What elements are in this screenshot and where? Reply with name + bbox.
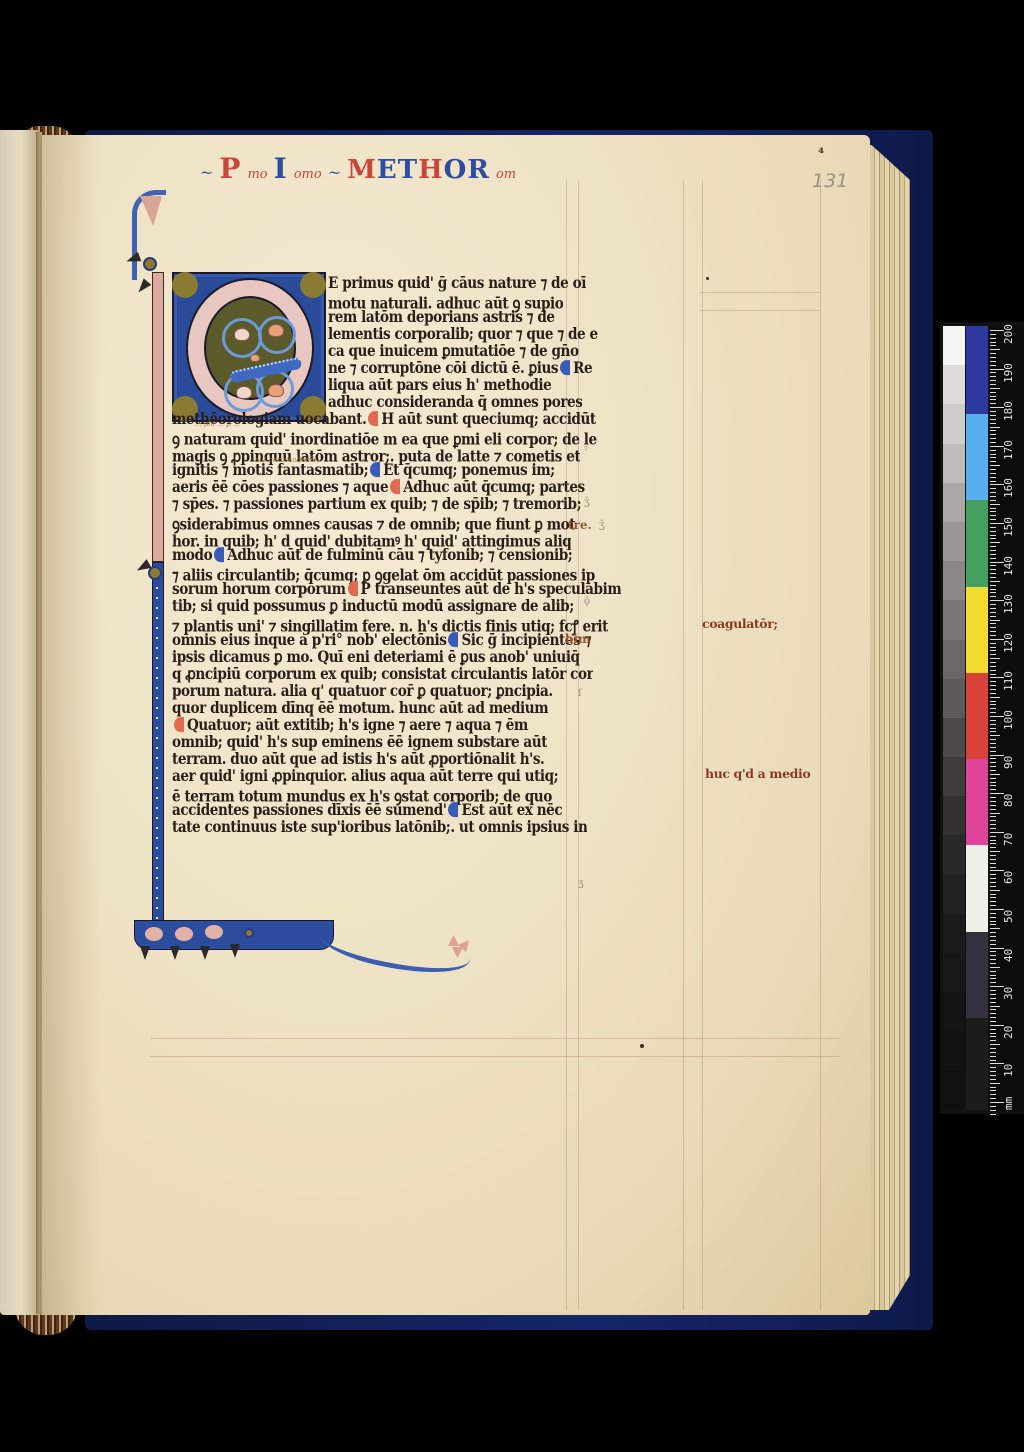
folio-number: 131: [812, 170, 848, 192]
ruler-tick: [990, 874, 996, 875]
ruler-tick: [990, 565, 996, 566]
text-line: ne ⁊ corruptōne cōi dictū ē. ꝑiusRe: [328, 359, 592, 377]
ruler-tick: [990, 990, 996, 991]
initial-stem-blue: [152, 562, 164, 922]
ruler-tick: [990, 840, 996, 841]
ruler-tick: [990, 477, 996, 478]
ruler-tick: [990, 751, 996, 752]
ruler-tick: [990, 643, 996, 644]
ruler-tick: [990, 828, 996, 829]
title-letter-i: I: [274, 152, 288, 185]
color-calibration-scale: 2001901801701601501401301201101009080706…: [940, 322, 1024, 1114]
color-patch-magenta: [966, 759, 988, 845]
text-line: aer quid' igni ꝓpinquior. alius aqua aūt…: [172, 767, 558, 785]
ruler-tick: [990, 944, 996, 945]
ruler-tick: [990, 345, 996, 346]
ruler-tick: [990, 813, 1000, 814]
ruler-tick: [990, 936, 996, 937]
ruler-tick: [990, 616, 996, 617]
ruler-label: 180: [1002, 401, 1015, 421]
ruler-tick: [990, 863, 996, 864]
ruler-tick: [990, 1079, 996, 1080]
gray-patch: [943, 796, 965, 835]
gray-patch: [943, 561, 965, 600]
text-line: adhuc consideranda q̄ omnes pores: [328, 393, 582, 411]
ruler-tick: [990, 365, 996, 366]
facing-leaf: [0, 130, 38, 1315]
text-line: q ꝓncipiū corporum ex quib; consistat ci…: [172, 665, 593, 683]
interlinear-gloss: ... phi ... ꝑ ...: [195, 420, 240, 428]
ruler-tick: [990, 620, 1000, 621]
ruler-tick: [990, 1106, 996, 1107]
ruler-tick: [990, 519, 996, 520]
marginal-note-coagulator: coagulatōr;: [702, 616, 778, 631]
ruler-tick: [990, 728, 996, 729]
ruler-unit-label: mm: [1002, 1097, 1015, 1110]
paragraph-mark-red: [174, 717, 184, 732]
ruler-tick: [990, 1002, 996, 1003]
ruler-tick: [990, 550, 996, 551]
ruler-tick: [990, 450, 996, 451]
ruler-tick: [990, 932, 996, 933]
ruler-tick: [990, 1017, 996, 1018]
paragraph-mark-red: [348, 581, 358, 596]
ruler-tick: [990, 747, 996, 748]
ruler-tick: [990, 681, 996, 682]
title-word-methor: METHOR: [347, 155, 490, 185]
ruler-tick: [990, 1110, 996, 1111]
title-suffix-omo: omo: [294, 167, 322, 182]
ruler-tick: [990, 816, 996, 817]
ruler-tick: [990, 403, 996, 404]
ruler-tick: [990, 994, 996, 995]
ruler-label: 90: [1002, 755, 1015, 768]
ruler-tick: [990, 473, 996, 474]
ruler-tick: [990, 1048, 996, 1049]
ruler-tick: [990, 438, 996, 439]
ruler-tick: [990, 465, 1000, 466]
ruler-tick: [990, 396, 996, 397]
ruler-tick: [990, 689, 996, 690]
color-patch-black: [966, 1018, 988, 1110]
ruler-tick: [990, 627, 996, 628]
gray-patch: [943, 718, 965, 757]
ruler-tick: [990, 454, 996, 455]
ruler-label: 100: [1002, 710, 1015, 730]
text-line: quor duplicem dīnq ēē motum. hunc aūt ad…: [172, 699, 548, 717]
initial-knot: [143, 257, 157, 271]
ruler-tick: [990, 342, 996, 343]
ruler-tick: [990, 419, 996, 420]
title-suffix-om: om: [496, 167, 516, 182]
ruler-tick: [990, 457, 996, 458]
ruler-tick: [990, 388, 1000, 389]
color-patch-blue: [966, 326, 988, 414]
ruler-tick: [990, 380, 996, 381]
margin-marker: ᵀ: [584, 446, 588, 457]
text-line: omnis eius inque a p'ri° nob' electōnisS…: [172, 631, 591, 649]
ruler-tick: [990, 924, 996, 925]
ruler-tick: [990, 666, 996, 667]
ruler-tick: [990, 546, 996, 547]
ruler-tick: [990, 1033, 996, 1034]
ruler-tick: [990, 558, 996, 559]
ruler-tick: [990, 411, 996, 412]
text-line: ignitis ⁊ motis fantasmatib;Et q̄cumq; p…: [172, 461, 555, 479]
ruler-tick: [990, 901, 996, 902]
ruler-tick: [990, 758, 996, 759]
text-line: rem latōm deporians astris ⁊ de: [328, 308, 555, 326]
gray-patch: [943, 835, 965, 874]
ruler-tick: [990, 1021, 996, 1022]
ruler-tick: [990, 511, 996, 512]
ruler-tick: [990, 504, 1000, 505]
ruler-tick: [990, 658, 1000, 659]
ruler-tick: [990, 1114, 996, 1115]
ruler-tick: [990, 654, 996, 655]
ruler-tick: [990, 797, 996, 798]
ruler-tick: [990, 963, 996, 964]
ruler-tick: [990, 697, 1000, 698]
ruler-tick: [990, 1087, 996, 1088]
ruler-label: 150: [1002, 517, 1015, 537]
ruler-tick: [990, 399, 996, 400]
pricking-mark: [706, 277, 709, 280]
ruler-tick: [990, 608, 996, 609]
ruler-tick: [990, 623, 996, 624]
ruler-tick: [990, 1006, 1000, 1007]
ruler-tick: [990, 535, 996, 536]
ruler-tick: [990, 913, 996, 914]
ruler-tick: [990, 975, 996, 976]
ruler-tick: [990, 1083, 1000, 1084]
ruler-label: 40: [1002, 948, 1015, 961]
margin-catchword: bim: [565, 632, 591, 646]
gray-patch: [943, 992, 965, 1031]
ruler-tick: [990, 785, 996, 786]
ruler-tick: [990, 1067, 996, 1068]
gray-patch: [943, 875, 965, 914]
margin-marker: ʒ: [578, 878, 584, 889]
ruler-tick: [990, 531, 996, 532]
ruler-tick: [990, 1029, 996, 1030]
ruler-tick: [990, 635, 996, 636]
ruler-label: 140: [1002, 556, 1015, 576]
ruler-tick: [990, 585, 996, 586]
margin-catchword: tre.: [568, 518, 592, 532]
ruler-tick: [990, 674, 996, 675]
ruler-tick: [990, 712, 996, 713]
ruler-label: 80: [1002, 794, 1015, 807]
paragraph-mark-red: [368, 411, 378, 426]
text-line: sorum horum corporumP transeuntes aūt de…: [172, 580, 621, 598]
ruler-tick: [990, 859, 996, 860]
ruler-tick: [990, 488, 996, 489]
text-line: tib; si quid possumus ꝑ inductū modū ass…: [172, 597, 574, 615]
ruler-label: 60: [1002, 871, 1015, 884]
color-patch-green: [966, 500, 988, 586]
ruler-tick: [990, 527, 996, 528]
text-line: porum natura. alia q' quatuor cor̄ ꝑ qua…: [172, 682, 553, 700]
ruler-tick: [990, 917, 996, 918]
gray-patch: [943, 640, 965, 679]
ruler-tick: [990, 500, 996, 501]
ruler-tick: [990, 693, 996, 694]
text-line: E primus quid' ḡ cāus nature ⁊ de oī: [328, 274, 586, 292]
ruler-tick: [990, 778, 996, 779]
ruler-tick: [990, 604, 996, 605]
ruler-tick: [990, 967, 1000, 968]
ruler-tick: [990, 685, 996, 686]
flourish-middle: ~: [328, 163, 341, 182]
ruler-label: 120: [1002, 633, 1015, 653]
ruler-tick: [990, 631, 996, 632]
text-line: ipsis dicamus ꝑ mo. Quī eni deteriami ē …: [172, 648, 580, 666]
ruler-tick: [990, 928, 1000, 929]
ruler-tick: [990, 430, 996, 431]
ruler-tick: [990, 894, 996, 895]
title-suffix-mo: mo: [247, 167, 267, 182]
gray-patch: [943, 365, 965, 404]
text-line: accidentes passiones dīxis ēē sumend'Est…: [172, 801, 562, 819]
ruler-label: 160: [1002, 479, 1015, 499]
ruler-tick: [990, 427, 1000, 428]
ruler-tick: [990, 1056, 996, 1057]
ruler-tick: [990, 959, 996, 960]
ruler-tick: [990, 847, 996, 848]
ruler-tick: [990, 1094, 996, 1095]
ruler-label: 170: [1002, 440, 1015, 460]
color-patch-red: [966, 673, 988, 759]
ruler-tick: [990, 1060, 996, 1061]
gray-patch: [943, 679, 965, 718]
ruler-tick: [990, 1013, 996, 1014]
ruler-tick: [990, 1044, 1000, 1045]
initial-letter-box: [172, 272, 326, 422]
text-line: tate continuus iste sup'ioribus latōnib;…: [172, 818, 587, 836]
gray-patch: [943, 757, 965, 796]
ruler-label: 70: [1002, 833, 1015, 846]
ruler-tick: [990, 415, 996, 416]
text-line: liqua aūt pars eius h' methodie: [328, 376, 551, 394]
ruler-tick: [990, 982, 996, 983]
gray-patch: [943, 914, 965, 953]
ruler-tick: [990, 596, 996, 597]
interlinear-gloss: aut coruscationib;: [255, 456, 319, 464]
ruler-tick: [990, 782, 996, 783]
ruler-tick: [990, 492, 996, 493]
gray-patch: [943, 1031, 965, 1070]
color-patch-white: [966, 845, 988, 931]
ruler-tick: [990, 766, 996, 767]
ruler-label: 30: [1002, 987, 1015, 1000]
ruler-tick: [990, 720, 996, 721]
text-line: lementis corporalib; quor ⁊ que ⁊ de e: [328, 325, 598, 343]
ruler-tick: [990, 1009, 996, 1010]
ruler-tick: [990, 481, 996, 482]
ruler-tick: [990, 882, 996, 883]
ruler-tick: [990, 577, 996, 578]
ruler-tick: [990, 461, 996, 462]
color-patches: [966, 326, 988, 1110]
ruler-tick: [990, 855, 996, 856]
ruler-tick: [990, 496, 996, 497]
ruler-tick: [990, 886, 996, 887]
ruler-tick: [990, 1052, 996, 1053]
ruler-tick: [990, 515, 996, 516]
ruler-label: 190: [1002, 363, 1015, 383]
ruler-label: 110: [1002, 672, 1015, 692]
ruler-tick: [990, 955, 996, 956]
initial-letter-d: [188, 280, 312, 416]
ruler-tick: [990, 670, 996, 671]
ruler-tick: [990, 905, 996, 906]
ruler-tick: [990, 469, 996, 470]
ruler-tick: [990, 442, 996, 443]
gray-patch: [943, 444, 965, 483]
color-patch-yellow: [966, 587, 988, 673]
gray-patch: [943, 522, 965, 561]
ruler-tick: [990, 353, 996, 354]
ruler-label: 200: [1002, 324, 1015, 344]
ruler-tick: [990, 851, 1000, 852]
ruler-tick: [990, 1090, 996, 1091]
ruler-tick: [990, 878, 996, 879]
ruler-tick: [990, 1040, 996, 1041]
margin-marker: ǯ: [599, 520, 605, 531]
ruler-tick: [990, 372, 996, 373]
ruler-tick: [990, 743, 996, 744]
ruler-tick: [990, 824, 996, 825]
ruler-tick: [990, 554, 996, 555]
ruler-tick: [990, 1098, 996, 1099]
color-patch-cyan: [966, 414, 988, 500]
margin-marker: ǯ: [584, 497, 590, 508]
ruler-tick: [990, 573, 996, 574]
ruler-tick: [990, 1036, 996, 1037]
color-patch-dark-violet: [966, 932, 988, 1018]
ruler-tick: [990, 542, 1000, 543]
ruler-tick: [990, 951, 996, 952]
ruler-label: 50: [1002, 910, 1015, 923]
ruler-tick: [990, 589, 996, 590]
ruler-tick: [990, 820, 996, 821]
text-line: terram. duo aūt que ad istis h's aūt ꝓpo…: [172, 750, 544, 768]
ruler-label: 10: [1002, 1064, 1015, 1077]
mm-ruler: 2001901801701601501401301201101009080706…: [990, 326, 1024, 1112]
ruler-tick: [990, 338, 996, 339]
gray-patch: [943, 326, 965, 365]
gray-patch: [943, 483, 965, 522]
text-line: ⁊ sp̄es. ⁊ passiones partium ex quib; ⁊ …: [172, 495, 581, 513]
ruler-tick: [990, 538, 996, 539]
text-line: omnib; quid' h's sup eminens ēē ignem su…: [172, 733, 547, 751]
ruler-tick: [990, 770, 996, 771]
ruler-tick: [990, 434, 996, 435]
ruler-tick: [990, 612, 996, 613]
ruler-tick: [990, 647, 996, 648]
gray-patch: [943, 404, 965, 443]
ruler-tick: [990, 890, 1000, 891]
paragraph-mark-blue: [370, 462, 380, 477]
ruler-tick: [990, 508, 996, 509]
margin-marker: ſ: [578, 688, 582, 699]
text-line: aeris ēē cōes passiones ⁊ aqueAdhuc aūt …: [172, 478, 585, 496]
paragraph-mark-blue: [448, 632, 458, 647]
paragraph-mark-blue: [448, 802, 458, 817]
ruler-tick: [990, 897, 996, 898]
ruler-tick: [990, 739, 996, 740]
ruler-tick: [990, 592, 996, 593]
ruler-tick: [990, 805, 996, 806]
ruler-tick: [990, 801, 996, 802]
ruler-tick: [990, 361, 996, 362]
ruler-tick: [990, 1075, 996, 1076]
flourish-left: ~: [200, 163, 213, 182]
ruler-tick: [990, 334, 996, 335]
ruler-tick: [990, 384, 996, 385]
ruler-tick: [990, 978, 996, 979]
paragraph-mark-blue: [214, 547, 224, 562]
ruler-tick: [990, 701, 996, 702]
ruler-tick: [990, 836, 996, 837]
ruler-tick: [990, 357, 996, 358]
ruler-tick: [990, 789, 996, 790]
ruler-tick: [990, 708, 996, 709]
ruler-tick: [990, 843, 996, 844]
pricking-mark: [640, 1044, 644, 1048]
text-line: modoAdhuc aūt de fulminū cāu ⁊ tyfonib; …: [172, 546, 572, 564]
ruler-tick: [990, 376, 996, 377]
gutter-shadow: [40, 135, 100, 1315]
ruler-tick: [990, 569, 996, 570]
ruler-tick: [990, 867, 996, 868]
ruler-tick: [990, 650, 996, 651]
ruler-tick: [990, 998, 996, 999]
text-line: ca que inuicem ꝑmutatiōe ⁊ de gn̄o: [328, 342, 579, 360]
ruler-tick: [990, 731, 996, 732]
gray-patch: [943, 600, 965, 639]
gray-patch: [943, 953, 965, 992]
paragraph-mark-red: [390, 479, 400, 494]
initial-stem-pink: [152, 272, 164, 562]
ruler-tick: [990, 704, 996, 705]
title-letter-p: P: [219, 152, 241, 185]
ruler-label: 130: [1002, 594, 1015, 614]
ruler-tick: [990, 349, 1000, 350]
gray-patch: [943, 1071, 965, 1110]
ruler-tick: [990, 921, 996, 922]
ruler-tick: [990, 392, 996, 393]
ruler-tick: [990, 581, 1000, 582]
ruler-tick: [990, 774, 1000, 775]
ruler-tick: [990, 762, 996, 763]
ruler-tick: [990, 662, 996, 663]
ruler-tick: [990, 735, 1000, 736]
paragraph-mark-blue: [560, 360, 570, 375]
gray-patches: [943, 326, 965, 1110]
margin-marker: ǭ: [584, 596, 590, 607]
ruler-tick: [990, 724, 996, 725]
marginal-note-huc-a-medio: huc q'd a medio: [705, 766, 810, 781]
ruler-tick: [990, 423, 996, 424]
ruler-tick: [990, 809, 996, 810]
ruler-label: 20: [1002, 1026, 1015, 1039]
ruler-tick: [990, 940, 996, 941]
ruler-tick: [990, 971, 996, 972]
tail-flower: [448, 935, 474, 959]
ruler-tick: [990, 1071, 996, 1072]
